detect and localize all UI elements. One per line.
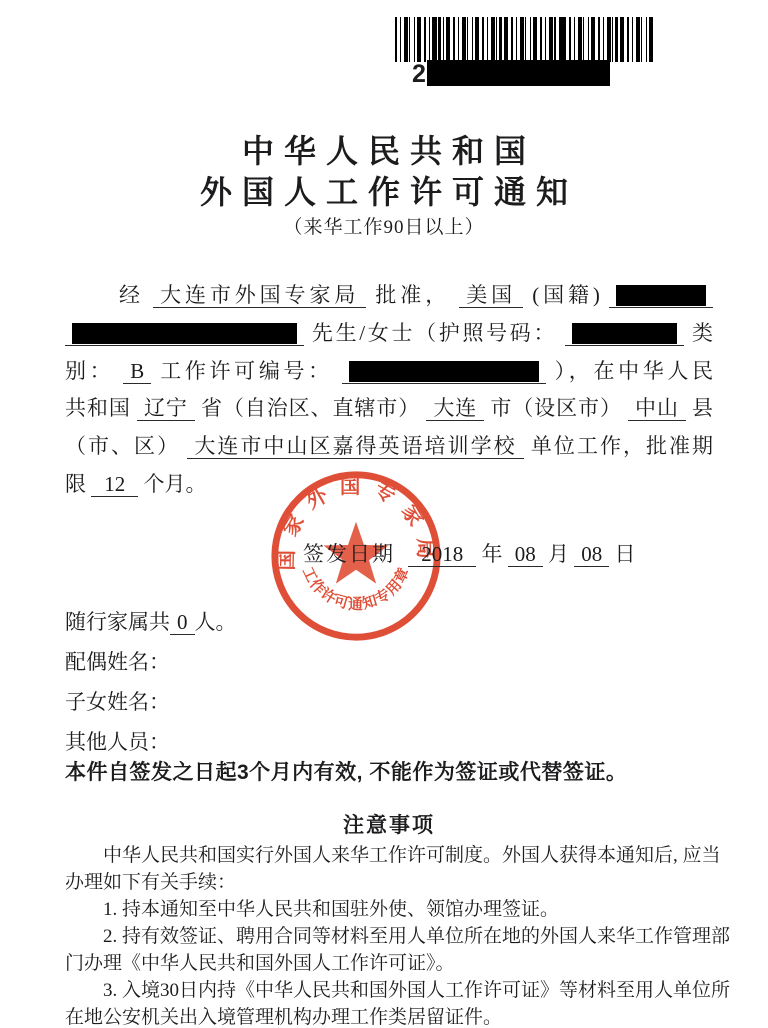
barcode-number-redaction-box: [427, 60, 610, 86]
note-line: 门办理《中华人民共和国外国人工作许可证》。: [65, 950, 713, 977]
province: 辽宁: [137, 396, 195, 421]
issue-year-unit: 年: [482, 542, 503, 566]
issue-month-unit: 月: [548, 542, 569, 566]
line2-mid: 先生/女士（护照号码：: [312, 321, 557, 345]
passport-redaction-box: [572, 323, 677, 344]
employer-name: 大连市中山区嘉得英语培训学校: [187, 434, 523, 459]
line1-tail: (国籍): [532, 283, 600, 307]
issue-day: 08: [574, 542, 609, 567]
approval-authority: 大连市外国专家局: [153, 283, 366, 308]
line2-tail: 类: [692, 321, 713, 345]
note-line: 在地公安机关出入境管理机构办理工作类居留证件。: [65, 1004, 713, 1028]
nationality: 美国: [459, 283, 523, 308]
note-line: 办理如下有关手续：: [65, 869, 713, 896]
document-subtitle: （来华工作90日以上）: [0, 215, 768, 241]
body-line-4: 共和国 辽宁 省（自治区、直辖市） 大连 市（设区市） 中山 县: [65, 390, 713, 428]
passport-redaction-underline: [565, 321, 684, 346]
line5-tail: 单位工作，批准期: [531, 434, 713, 458]
issue-date-label: 签发日期: [303, 542, 395, 566]
line3-pre: 别：: [65, 359, 114, 383]
document-title: 中华人民共和国 外国人工作许可通知: [0, 131, 768, 213]
line4-mid1: 省（自治区、直辖市）: [201, 396, 420, 420]
note-line: 3. 入境30日内持《中华人民共和国外国人工作许可证》等材料至用人单位所: [65, 977, 713, 1004]
body-line-3: 别： B 工作许可编号： ），在中华人民: [65, 353, 713, 391]
body-line-2: 先生/女士（护照号码： 类: [65, 315, 713, 353]
notes-heading: 注意事项: [65, 812, 713, 840]
line4-pre: 共和国: [65, 396, 131, 420]
accompanying-count: 0: [170, 610, 195, 635]
line5-pre: （市、区）: [65, 434, 180, 458]
line6-tail: 个月。: [144, 472, 207, 496]
barcode-digit: 2: [412, 60, 426, 88]
barcode: [395, 17, 653, 62]
issue-day-unit: 日: [615, 542, 636, 566]
permit-number-redaction-underline: [342, 359, 546, 384]
notes-section: 注意事项 中华人民共和国实行外国人来华工作许可制度。外国人获得本通知后, 应当 …: [65, 812, 713, 1028]
accompanying-pre: 随行家属共: [65, 610, 170, 634]
permit-category: B: [123, 359, 151, 384]
barcode-number-row: 2: [412, 60, 610, 88]
line4-tail: 县: [692, 396, 713, 420]
note-line: 2. 持有效签证、聘用合同等材料至用人单位所在地的外国人来华工作管理部: [65, 923, 713, 950]
accompanying-family-line: 随行家属共0人。: [65, 606, 237, 638]
stamp-bottom-arc-text: 工作许可通知专用章: [299, 564, 414, 613]
nationality-redaction-underline: [609, 283, 713, 308]
line1-mid: 批准，: [375, 283, 450, 307]
note-line: 1. 持本通知至中华人民共和国驻外使、领馆办理签证。: [65, 896, 713, 923]
issue-year: 2018: [408, 542, 476, 567]
permit-number-redaction-box: [349, 361, 539, 382]
permit-number-label: 工作许可编号：: [160, 359, 333, 383]
title-line-2: 外国人工作许可通知: [10, 172, 768, 213]
line6-pre: 限: [65, 472, 86, 496]
line1-pre: 经: [119, 283, 144, 307]
nationality-redaction-box: [616, 285, 706, 306]
line3-tail: ），在中华人民: [555, 359, 713, 383]
other-persons-line: 其他人员：: [65, 726, 170, 758]
county: 中山: [628, 396, 686, 421]
note-line: 中华人民共和国实行外国人来华工作许可制度。外国人获得本通知后, 应当: [65, 842, 713, 869]
city: 大连: [426, 396, 484, 421]
accompanying-tail: 人。: [195, 610, 237, 634]
title-line-1: 中华人民共和国: [10, 131, 768, 172]
body-line-1: 经 大连市外国专家局 批准， 美国 (国籍): [65, 277, 713, 315]
name-redaction-box: [72, 323, 297, 344]
body-line-5: （市、区） 大连市中山区嘉得英语培训学校 单位工作，批准期: [65, 428, 713, 466]
work-permit-notice-document: 2 中华人民共和国 外国人工作许可通知 （来华工作90日以上） 经 大连市外国专…: [0, 0, 768, 1028]
spouse-name-line: 配偶姓名：: [65, 646, 170, 678]
approved-months: 12: [91, 472, 138, 497]
children-name-line: 子女姓名：: [65, 686, 170, 718]
issue-date-line: 签发日期 2018 年 08 月 08 日: [303, 538, 636, 568]
name-redaction-underline: [65, 321, 304, 346]
validity-notice: 本件自签发之日起3个月内有效, 不能作为签证或代替签证。: [65, 758, 725, 788]
issue-month: 08: [508, 542, 543, 567]
line4-mid2: 市（设区市）: [490, 396, 622, 420]
